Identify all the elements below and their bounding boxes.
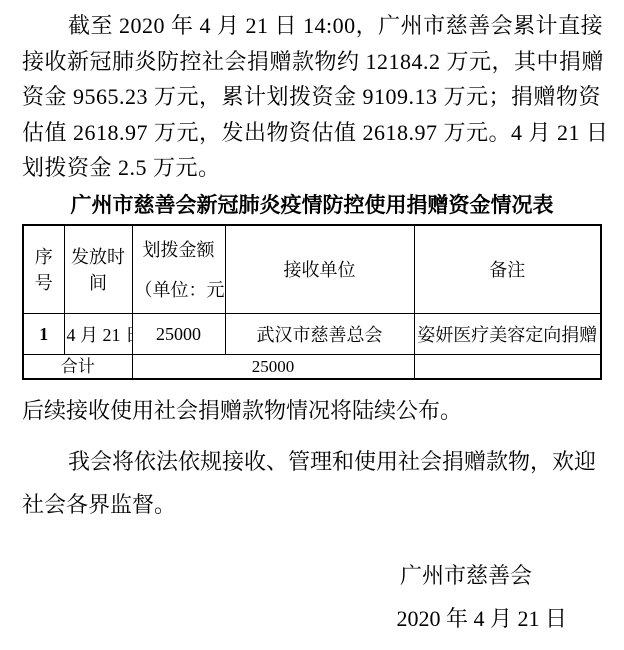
closing-line: 我会将依法依规接收、管理和使用社会捐赠款物，欢迎	[22, 440, 604, 483]
followup-paragraph: 后续接收使用社会捐赠款物情况将陆续公布。	[22, 399, 604, 423]
intro-paragraph: 截至 2020 年 4 月 21 日 14:00，广州市慈善会累计直接 接收新冠…	[22, 8, 604, 186]
table-total-row: 合计 25000	[23, 355, 601, 379]
cell-date: 4 月 21 日	[64, 314, 132, 355]
intro-line: 划拨资金 2.5 万元。	[22, 150, 604, 186]
cell-recipient: 武汉市慈善总会	[225, 314, 414, 355]
header-note: 备注	[414, 225, 601, 314]
signature-date: 2020 年 4 月 21 日	[0, 607, 624, 630]
header-no: 序号	[23, 225, 64, 314]
signature-block: 广州市慈善会 2020 年 4 月 21 日	[0, 564, 624, 630]
table-header-row: 序号 发放时间 划拨金额 （单位：元） 接收单位 备注	[23, 225, 601, 314]
cell-no: 1	[23, 314, 64, 355]
total-label: 合计	[23, 355, 132, 379]
header-amount: 划拨金额 （单位：元）	[132, 225, 225, 314]
intro-line: 接收新冠肺炎防控社会捐赠款物约 12184.2 万元，其中捐赠	[22, 44, 604, 80]
table-row: 1 4 月 21 日 25000 武汉市慈善总会 姿妍医疗美容定向捐赠	[23, 314, 601, 355]
donation-funds-table: 序号 发放时间 划拨金额 （单位：元） 接收单位 备注 1 4 月 21 日 2…	[22, 224, 602, 380]
header-date: 发放时间	[64, 225, 132, 314]
intro-line: 估值 2618.97 万元，发出物资估值 2618.97 万元。4 月 21 日	[22, 115, 604, 151]
intro-line: 截至 2020 年 4 月 21 日 14:00，广州市慈善会累计直接	[22, 8, 604, 44]
header-amount-line1: 划拨金额	[135, 236, 223, 262]
table-title: 广州市慈善会新冠肺炎疫情防控使用捐赠资金情况表	[0, 194, 624, 217]
closing-line: 社会各界监督。	[22, 483, 604, 526]
total-amount: 25000	[132, 355, 414, 379]
signature-org: 广州市慈善会	[0, 564, 624, 587]
cell-note: 姿妍医疗美容定向捐赠	[414, 314, 601, 355]
total-note	[414, 355, 601, 379]
closing-paragraph: 我会将依法依规接收、管理和使用社会捐赠款物，欢迎 社会各界监督。	[22, 440, 604, 526]
header-amount-line2: （单位：元）	[135, 276, 223, 302]
header-recipient: 接收单位	[225, 225, 414, 314]
intro-line: 资金 9565.23 万元，累计划拨资金 9109.13 万元；捐赠物资	[22, 79, 604, 115]
cell-amount: 25000	[132, 314, 225, 355]
announcement-document: 截至 2020 年 4 月 21 日 14:00，广州市慈善会累计直接 接收新冠…	[0, 0, 624, 650]
